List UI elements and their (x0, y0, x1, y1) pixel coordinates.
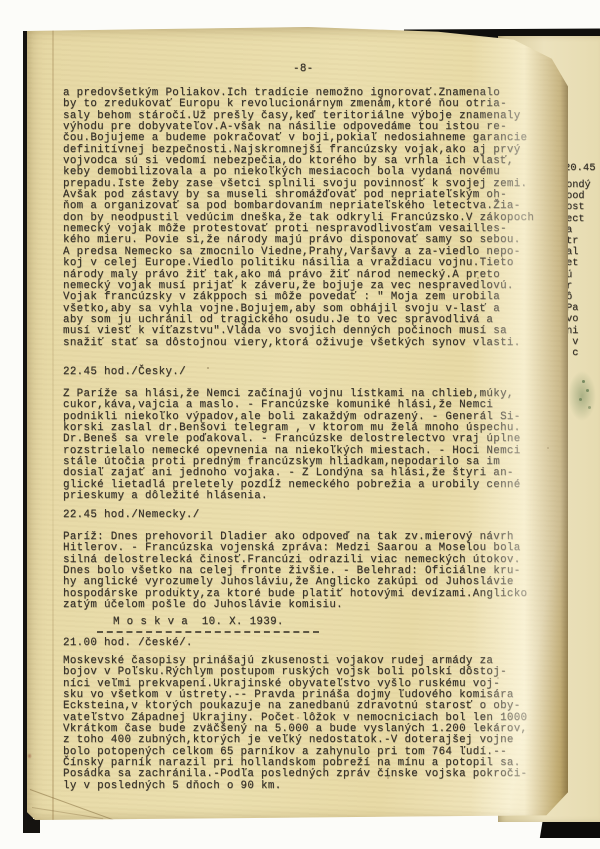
page-number: -8- (293, 63, 314, 75)
paper-crease (30, 789, 124, 824)
moskva-heading-underline (97, 631, 319, 633)
section-body-nemecky: Paríž: Dnes prehovoril Dladier ako odpov… (63, 532, 527, 611)
green-stain (568, 371, 596, 421)
intro-paragraph: a predovšetkým Poliakov.Ich tradície nem… (63, 88, 534, 349)
green-stain-specks (582, 380, 585, 383)
paper-stain-red (27, 753, 32, 759)
scanner-edge-bottom-left-nub (24, 819, 40, 833)
scanned-document: { "document": { "page_number": "-8-", "i… (0, 0, 600, 849)
section-heading-nemecky: 22.45 hod./Nemecky./ (63, 509, 200, 521)
next-page-time: 20.45 (564, 162, 596, 174)
moskva-heading: M o s k v a 10. X. 1939. (113, 616, 284, 628)
section-body-cesky: Z Paríže sa hlási,že Nemci začínajú vojn… (63, 389, 521, 502)
section-heading-cesky: 22.45 hod./Česky./ (63, 366, 186, 378)
moskva-paragraph: Moskevské časopisy prinášajú zkusenosti … (63, 656, 527, 792)
moskva-subheading: 21.00 hod. /české/. (63, 637, 193, 649)
document-page: -8- a predovšetkým Poliakov.Ich tradície… (27, 27, 568, 820)
